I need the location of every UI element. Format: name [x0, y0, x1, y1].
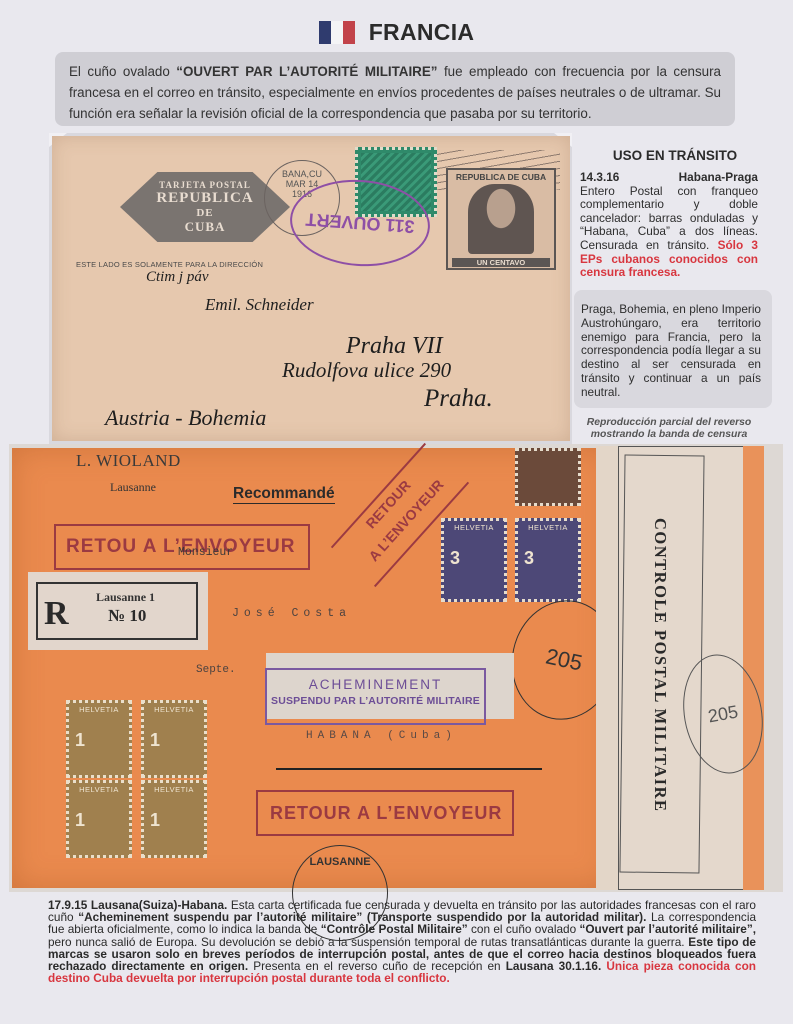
- ornament-line: CUBA: [185, 219, 226, 235]
- addressee-city: HABANA (Cuba): [306, 730, 457, 742]
- france-flag-icon: [319, 21, 355, 44]
- addressee-street: Septe.: [196, 664, 236, 676]
- page-title: FRANCIA: [369, 19, 475, 46]
- side-title: USO EN TRÁNSITO: [580, 148, 770, 163]
- stamp-value: 1: [69, 794, 129, 831]
- address-note: ESTE LADO ES SOLAMENTE PARA LA DIRECCIÓN: [76, 260, 263, 269]
- brown-stamp: HELVETIA 1: [141, 700, 207, 778]
- stamp-country: HELVETIA: [69, 783, 129, 794]
- stamp-value: 1: [144, 794, 204, 831]
- violet-stamp: HELVETIA 3: [515, 518, 581, 602]
- violet-stamp: HELVETIA 3: [441, 518, 507, 602]
- band-underlay: [596, 446, 619, 890]
- handwritten-line: Rudolfova ulice 290: [282, 358, 451, 383]
- sender-city: Lausanne: [110, 480, 156, 495]
- ornament-line: DE: [196, 207, 213, 219]
- page-header: FRANCIA: [0, 14, 793, 50]
- stamp-value: 3: [518, 532, 578, 569]
- desc-bold: Lausana 30.1.16.: [506, 959, 602, 973]
- side-date: 14.3.16: [580, 171, 619, 185]
- registered-label: Recommandé: [233, 485, 335, 504]
- registration-number: № 10: [108, 606, 146, 626]
- censor-band-text: CONTROLE POSTAL MILITAIRE: [620, 470, 700, 860]
- achem-line: SUSPENDU PAR L’AUTORITÉ MILITAIRE: [267, 692, 484, 707]
- stamp-country: HELVETIA: [144, 703, 204, 714]
- handwritten-line: Emil. Schneider: [205, 295, 314, 315]
- intro-text: El cuño ovalado: [69, 64, 176, 79]
- ornament-line: REPUBLICA: [156, 190, 253, 207]
- registration-office: Lausanne 1: [96, 590, 155, 605]
- praga-note: Praga, Bohemia, en pleno Imperio Austroh…: [581, 303, 761, 400]
- postmark-line: BANA,CU: [265, 169, 339, 179]
- handwritten-line: Praha VII: [346, 333, 443, 360]
- brown-stamp-top: [515, 448, 581, 506]
- indicium-country: REPUBLICA DE CUBA: [452, 172, 550, 182]
- brown-stamp: HELVETIA 1: [66, 700, 132, 778]
- registration-letter: R: [44, 595, 69, 633]
- flag-white-stripe: [331, 21, 343, 44]
- acheminement-suspendu-stamp: ACHEMINEMENT SUSPENDU PAR L’AUTORITÉ MIL…: [265, 668, 486, 725]
- address-underline: [276, 768, 542, 770]
- stamp-country: HELVETIA: [144, 783, 204, 794]
- handwritten-line: Ctim j páv: [146, 269, 209, 286]
- side-description: 14.3.16 Habana-Praga Entero Postal con f…: [580, 171, 758, 280]
- stamp-value: 1: [144, 714, 204, 751]
- flag-blue-stripe: [319, 21, 331, 44]
- achem-line: ACHEMINEMENT: [267, 670, 484, 692]
- reverse-caption: Reproducción parcial del reverso mostran…: [576, 417, 762, 441]
- cover-description: 17.9.15 Lausana(Suiza)-Habana. Esta cart…: [48, 899, 756, 984]
- salutation: Monsieur: [178, 546, 233, 559]
- side-date-row: 14.3.16 Habana-Praga: [580, 171, 758, 185]
- retour-stamp-bottom: RETOUR A L’ENVOYEUR: [256, 790, 514, 836]
- flag-red-stripe: [343, 21, 355, 44]
- sender-name: L. WIOLAND: [76, 451, 181, 471]
- indicium-value: UN CENTAVO: [452, 258, 550, 267]
- portrait-image: [468, 184, 534, 254]
- ornament-line: TARJETA POSTAL: [159, 180, 251, 190]
- band-label: CONTROLE POSTAL MILITAIRE: [650, 518, 670, 813]
- stamp-value: 3: [444, 532, 504, 569]
- brown-stamp: HELVETIA 1: [141, 780, 207, 858]
- handwritten-line: Austria - Bohemia: [105, 405, 266, 431]
- intro-bold: “OUVERT PAR L’AUTORITÉ MILITAIRE”: [176, 64, 437, 79]
- stamp-country: HELVETIA: [444, 521, 504, 532]
- band-edge: [743, 446, 764, 890]
- stamp-value: 1: [69, 714, 129, 751]
- side-route: Habana-Praga: [679, 171, 758, 185]
- addressee-name: José Costa: [232, 607, 351, 620]
- handwritten-line: Praha.: [424, 385, 493, 413]
- card-ornament-text: TARJETA POSTAL REPUBLICA DE CUBA: [128, 176, 282, 238]
- stamp-country: HELVETIA: [69, 703, 129, 714]
- intro-box: El cuño ovalado “OUVERT PAR L’AUTORITÉ M…: [55, 52, 735, 126]
- stamp-country: HELVETIA: [518, 521, 578, 532]
- brown-stamp: HELVETIA 1: [66, 780, 132, 858]
